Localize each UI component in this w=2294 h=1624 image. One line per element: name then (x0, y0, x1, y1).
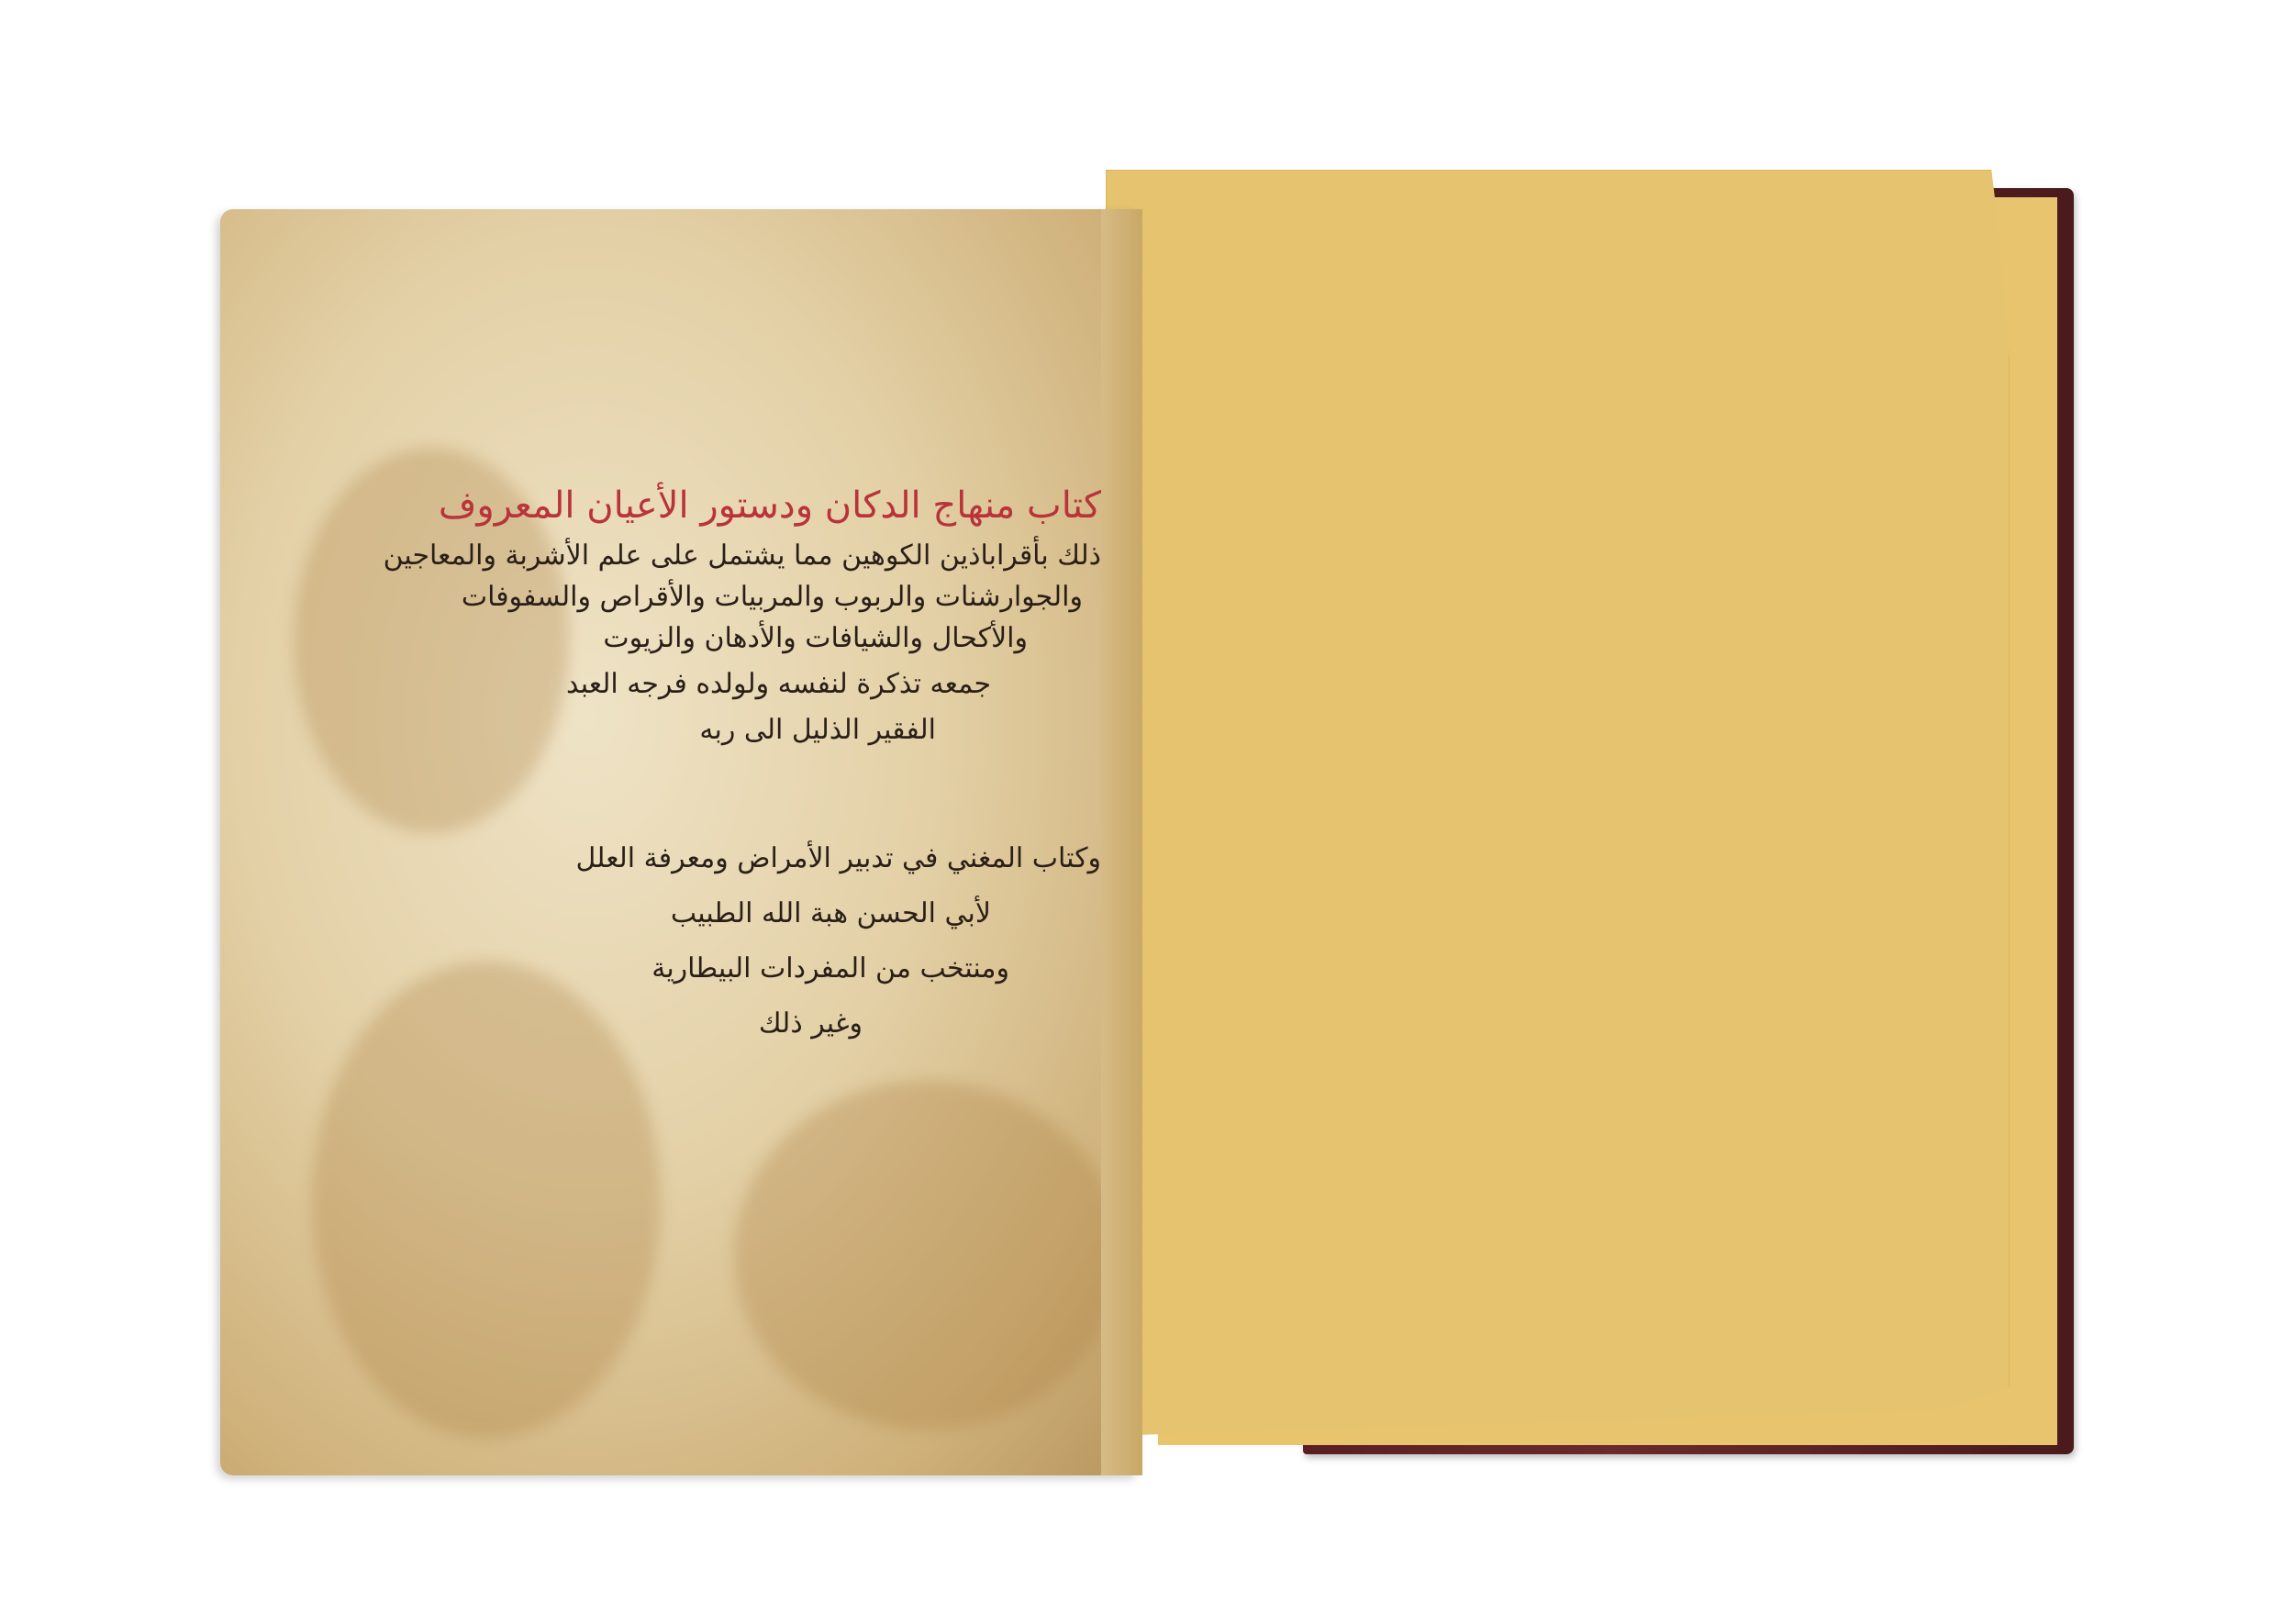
manuscript-line: الفقير الذليل الى ربه (699, 714, 936, 746)
manuscript-line: جمعه تذكرة لنفسه ولولده فرجه العبد (566, 668, 991, 700)
manuscript-line: ومنتخب من المفردات البيطارية (651, 952, 1009, 984)
manuscript-line: لأبي الحسن هبة الله الطبيب (671, 897, 991, 929)
manuscript-line: ذلك بأقراباذين الكوهين مما يشتمل على علم… (384, 539, 1101, 572)
stain (312, 962, 661, 1439)
manuscript-title: كتاب منهاج الدكان ودستور الأعيان المعروف (439, 484, 1101, 527)
stain (734, 1081, 1119, 1429)
manuscript-line: والجوارشنات والربوب والمربيات والأقراص و… (462, 581, 1083, 613)
manuscript-line: وغير ذلك (759, 1007, 863, 1040)
book-gutter (1101, 209, 1142, 1475)
right-page-blank (1106, 170, 2010, 1436)
manuscript-line: والأكحال والشيافات والأدهان والزيوت (603, 622, 1028, 654)
left-page-manuscript: كتاب منهاج الدكان ودستور الأعيان المعروف… (220, 209, 1138, 1475)
manuscript-line: وكتاب المغني في تدبير الأمراض ومعرفة الع… (576, 842, 1101, 874)
